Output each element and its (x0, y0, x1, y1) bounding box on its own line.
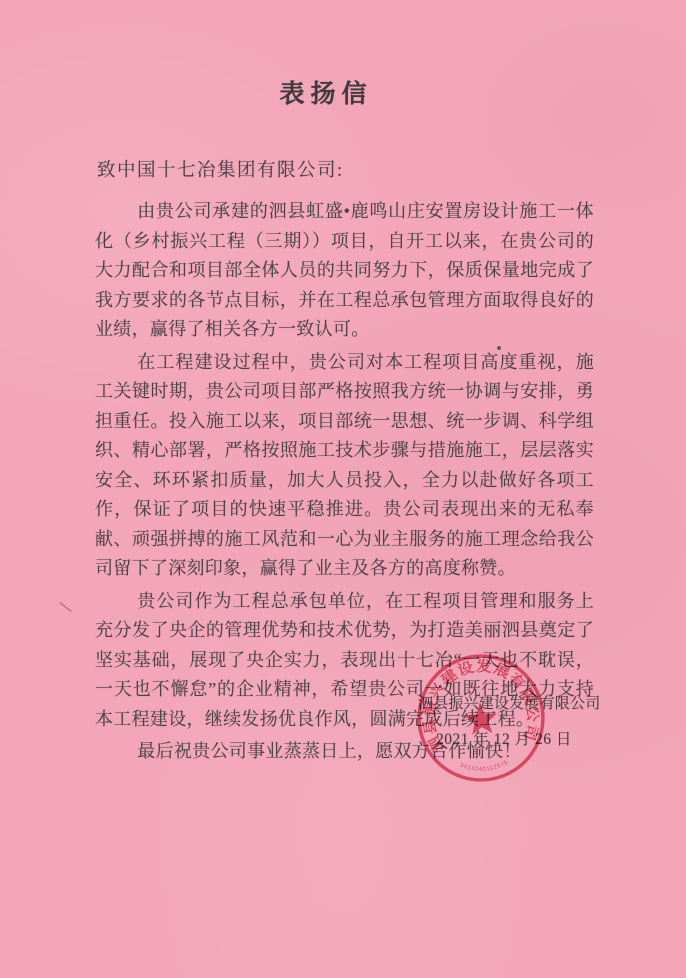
ink-speck (497, 346, 501, 350)
paragraph: 在工程建设过程中，贵公司对本工程项目高度重视，施工关键时期，贵公司项目部严格按照… (95, 348, 594, 584)
pen-mark (59, 602, 72, 613)
company-seal-stamp: 泗县振兴建设发展有限公司 3413240112575 (408, 645, 553, 790)
paragraph: 由贵公司承建的泗县虹盛•鹿鸣山庄安置房设计施工一体化（乡村振兴工程（三期））项目… (95, 197, 594, 345)
seal-number-arc: 3413240112575 (458, 758, 510, 775)
letter-title: 表扬信 (0, 74, 669, 110)
salutation: 致中国十七冶集团有限公司: (97, 156, 344, 182)
letter-page: 表扬信 致中国十七冶集团有限公司: 由贵公司承建的泗县虹盛•鹿鸣山庄安置房设计施… (0, 0, 686, 978)
star-icon (463, 701, 498, 735)
